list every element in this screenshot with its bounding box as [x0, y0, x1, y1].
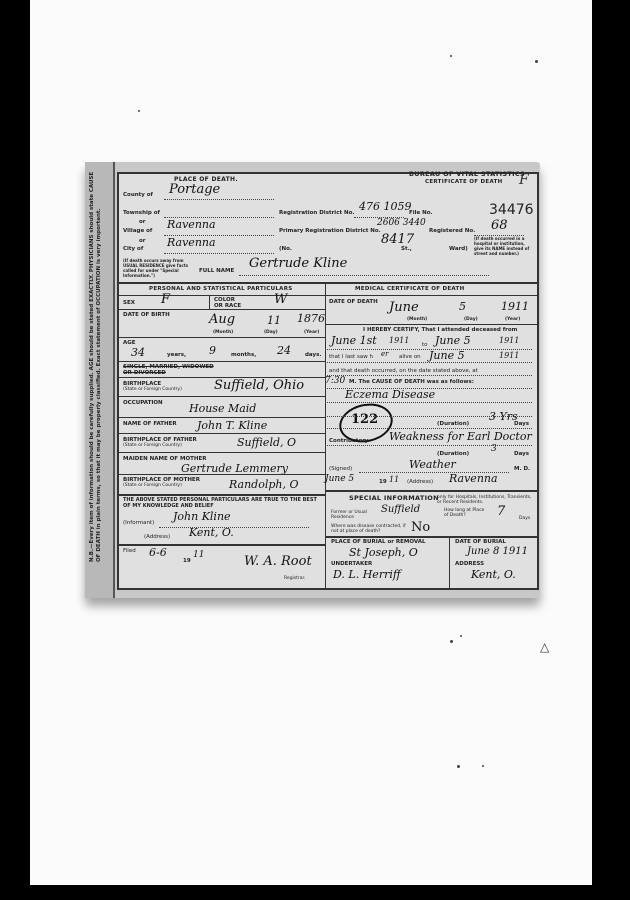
duration-label-2: (Duration) — [437, 451, 469, 457]
reg-district-value: 476 1059 — [359, 200, 412, 213]
contributory-label: Contributory — [329, 438, 369, 444]
death-certificate: N.B.—Every item of information should be… — [85, 162, 540, 598]
scan-speck — [535, 60, 538, 63]
month-caption: (Month) — [213, 330, 233, 335]
last-saw-suffix: er — [381, 350, 389, 358]
physician-signature: Weather — [409, 458, 456, 471]
how-long-days-label: Days — [519, 516, 530, 521]
color-value: W — [274, 292, 287, 307]
scan-speck — [450, 640, 453, 643]
sign-date: June 5 — [325, 474, 354, 484]
primary-district-label: Primary Registration District No. — [279, 228, 381, 234]
former-residence: Suffield — [381, 504, 420, 515]
cause-code: 122 — [351, 412, 378, 427]
away-note: (If death occurs away from USUAL RESIDEN… — [123, 258, 188, 278]
how-long-label: How long at Place of Death? — [444, 508, 489, 518]
certificate-form: BUREAU OF VITAL STATISTICS CERTIFICATE O… — [117, 172, 539, 590]
township-label: Township of — [123, 210, 160, 216]
months-label: months, — [231, 352, 256, 358]
alive-on-label: alive on — [399, 354, 421, 360]
marital-label: SINGLE, MARRIED, WIDOWED OR DIVORCED — [123, 364, 223, 376]
informant-address: Kent, O. — [189, 526, 234, 539]
informant-label: (Informant) — [123, 520, 154, 526]
registered-number: 68 — [491, 218, 508, 233]
county-label: County of — [123, 192, 153, 198]
personal-heading: PERSONAL AND STATISTICAL PARTICULARS — [149, 286, 293, 292]
undertaker-value: D. L. Herriff — [333, 568, 401, 581]
burial-date-label: DATE OF BURIAL — [455, 539, 506, 545]
certificate-title: CERTIFICATE OF DEATH — [425, 179, 503, 185]
village-label: Village of — [123, 228, 152, 234]
certify-text: I HEREBY CERTIFY, That I attended deceas… — [363, 327, 517, 333]
special-info-heading: SPECIAL INFORMATION — [349, 494, 439, 502]
medical-heading: MEDICAL CERTIFICATE OF DEATH — [355, 286, 464, 292]
cause-text: M. The CAUSE OF DEATH was as follows: — [349, 379, 474, 385]
burial-place-label: PLACE OF BURIAL or REMOVAL — [331, 539, 426, 545]
dob-day: 11 — [267, 314, 281, 327]
burial-address: Kent, O. — [471, 568, 516, 581]
age-days: 24 — [277, 344, 291, 357]
dod-year: 1911 — [501, 300, 529, 313]
city-value: Ravenna — [167, 236, 216, 249]
burial-place: St Joseph, O — [349, 546, 418, 559]
informant-value: John Kline — [173, 510, 231, 523]
father-label: NAME OF FATHER — [123, 421, 177, 427]
ward-label: Ward) — [449, 246, 468, 252]
time-of-death: 7:30 — [325, 376, 345, 386]
no-label: (No. — [279, 246, 292, 252]
undertaker-label: UNDERTAKER — [331, 561, 372, 567]
color-label: COLOR OR RACE — [214, 297, 244, 309]
contributory-cause: Weakness for Earl Doctor — [389, 430, 532, 443]
informant-address-label: (Address) — [144, 534, 170, 540]
special-info-note: only for Hospitals, Institutions, Transi… — [437, 495, 532, 505]
filed-year: 11 — [193, 550, 204, 560]
scan-speck — [450, 55, 452, 57]
cause-of-death: Eczema Disease — [345, 388, 435, 401]
filed-date: 6-6 — [149, 546, 167, 559]
attended-to: June 5 — [435, 334, 471, 347]
primary-district-value: 2606 3440 — [377, 218, 426, 228]
last-saw-year: 1911 — [499, 351, 519, 360]
occupation-value: House Maid — [189, 402, 256, 415]
scan-speck — [138, 110, 140, 112]
corner-mark: F — [519, 172, 529, 188]
dod-year-caption: (Year) — [505, 317, 520, 322]
birthplace-value: Suffield, Ohio — [214, 378, 304, 393]
dob-month: Aug — [209, 312, 235, 327]
md-label: M. D. — [514, 466, 530, 472]
signed-label: (Signed) — [329, 466, 352, 472]
full-name-label: FULL NAME — [199, 268, 234, 274]
dod-day: 5 — [459, 300, 466, 313]
full-name-value: Gertrude Kline — [249, 256, 347, 271]
filed-year-prefix: 19 — [183, 558, 191, 564]
father-value: John T. Kline — [197, 419, 267, 432]
village-value: Ravenna — [167, 218, 216, 231]
registrar-label: Registrar. — [284, 576, 305, 581]
former-residence-label: Former or Usual Residence — [331, 510, 381, 520]
hospital-note: (If death occurred in a hospital or inst… — [474, 236, 534, 256]
years-label: years, — [167, 352, 186, 358]
city-label: City of — [123, 246, 143, 252]
attended-from: June 1st — [331, 334, 377, 347]
to-label: to — [422, 342, 428, 348]
pen-mark: △ — [540, 640, 549, 654]
bureau-title: BUREAU OF VITAL STATISTICS — [409, 170, 525, 178]
occupation-label: OCCUPATION — [123, 400, 163, 406]
dod-label: DATE OF DEATH — [329, 299, 378, 305]
contracted-label: Where was disease contracted, if not at … — [331, 524, 411, 534]
occurred-text: and that death occurred, on the date sta… — [329, 368, 478, 374]
or-label: or — [139, 219, 146, 225]
sign-year-prefix: 19 — [379, 479, 387, 485]
dod-month: June — [389, 300, 419, 315]
from-year: 1911 — [389, 336, 409, 345]
to-year: 1911 — [499, 336, 519, 345]
burial-date: June 8 1911 — [467, 546, 528, 557]
last-saw-date: June 5 — [429, 349, 465, 362]
day-caption: (Day) — [264, 330, 278, 335]
sign-year: 11 — [389, 475, 399, 484]
year-caption: (Year) — [304, 330, 319, 335]
scan-speck — [460, 635, 462, 637]
or-label: or — [139, 238, 146, 244]
age-years: 34 — [131, 346, 145, 359]
dob-label: DATE OF BIRTH — [123, 312, 170, 318]
days-label-2: Days — [514, 451, 529, 457]
street-number: 8417 — [381, 232, 414, 247]
dod-day-caption: (Day) — [464, 317, 478, 322]
st-label: St., — [401, 246, 412, 252]
reg-district-label: Registration District No. — [279, 210, 354, 216]
attestation: THE ABOVE STATED PERSONAL PARTICULARS AR… — [123, 497, 319, 509]
father-birthplace-caption: (State or Foreign Country) — [123, 443, 182, 448]
days-label: days. — [305, 352, 321, 358]
county-value: Portage — [169, 182, 220, 197]
registrar-signature: W. A. Root — [244, 554, 312, 569]
registered-no-label: Registered No. — [429, 228, 475, 234]
mother-birthplace-caption: (State or Foreign Country) — [123, 483, 182, 488]
margin-instructions-text: N.B.—Every item of information should be… — [89, 162, 103, 562]
mother-birthplace-value: Randolph, O — [229, 478, 299, 491]
age-months: 9 — [209, 344, 216, 357]
dod-month-caption: (Month) — [407, 317, 427, 322]
physician-address-label: (Address) — [407, 479, 433, 485]
filed-label: Filed — [123, 548, 136, 554]
father-birthplace-value: Suffield, O — [237, 436, 296, 449]
birthplace-caption: (State or Foreign Country) — [123, 387, 182, 392]
file-no-label: File No. — [409, 210, 433, 216]
scan-speck — [457, 765, 460, 768]
dob-year: 1876 — [297, 312, 325, 325]
physician-address: Ravenna — [449, 472, 498, 485]
duration-label: (Duration) — [437, 421, 469, 427]
duration-contributory: 3 — [491, 444, 497, 454]
burial-address-label: ADDRESS — [455, 561, 484, 567]
margin-instructions: N.B.—Every item of information should be… — [85, 162, 115, 598]
file-number: 34476 — [489, 202, 534, 218]
sex-value: F — [161, 292, 170, 307]
how-long-value: 7 — [497, 504, 505, 519]
last-saw-text: that I last saw h — [329, 354, 373, 360]
scan-speck — [482, 765, 484, 767]
days-label-1: Days — [514, 421, 529, 427]
contracted-value: No — [411, 520, 430, 535]
sex-label: SEX — [123, 300, 135, 306]
